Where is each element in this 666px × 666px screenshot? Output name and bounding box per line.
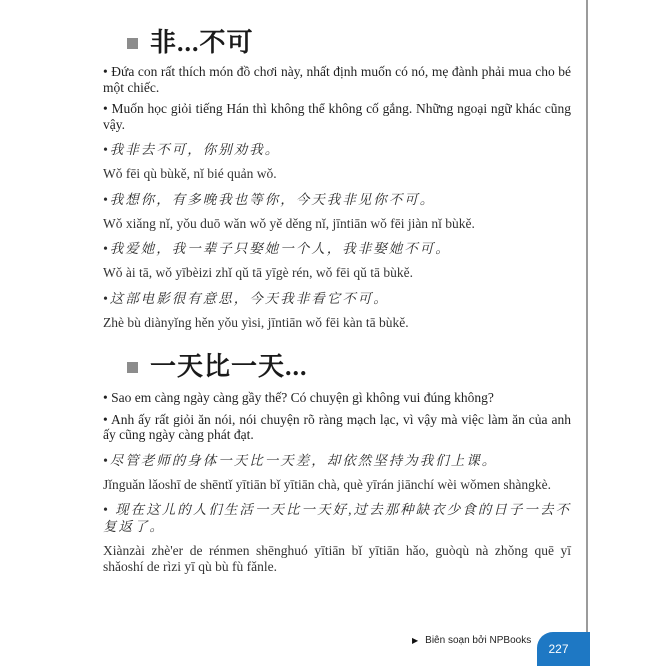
example-sentence-vn: • Sao em càng ngày càng gầy thế? Có chuy… [103, 390, 571, 406]
square-bullet-icon [127, 362, 138, 373]
square-bullet-icon [127, 38, 138, 49]
page-edge-divider [586, 0, 588, 666]
example-pinyin: Wǒ xiǎng nǐ, yǒu duō wǎn wǒ yě děng nǐ, … [103, 216, 571, 232]
example-sentence-vn: • Anh ấy rất giỏi ăn nói, nói chuyện rõ … [103, 412, 571, 443]
example-sentence-zh: •尽管老师的身体一天比一天差，却依然坚持为我们上课。 [103, 452, 571, 469]
page-number-badge: 227 [537, 632, 590, 666]
section-heading: 非...不可 [127, 28, 571, 58]
example-sentence-zh: •这部电影很有意思，今天我非看它不可。 [103, 290, 571, 307]
example-pinyin: Zhè bù diànyǐng hěn yǒu yìsi, jīntiān wǒ… [103, 315, 571, 331]
page-number: 227 [548, 642, 568, 656]
example-sentence-zh: •我爱她，我一辈子只娶她一个人，我非娶她不可。 [103, 240, 571, 257]
section-fei-buke: 非...不可 • Đứa con rất thích món đồ chơi n… [103, 28, 571, 330]
example-pinyin: Jǐnguǎn lǎoshī de shēntǐ yītiān bǐ yītiā… [103, 477, 571, 493]
example-sentence-vn: • Muốn học giỏi tiếng Hán thì không thể … [103, 101, 571, 132]
credit-line: ▶ Biên soạn bởi NPBooks [412, 635, 531, 646]
example-sentence-zh: • 现在这儿的人们生活一天比一天好,过去那种缺衣少食的日子一去不复返了。 [103, 501, 571, 535]
example-pinyin: Xiànzài zhè'er de rénmen shēnghuó yītiān… [103, 543, 571, 574]
triangle-right-icon: ▶ [412, 636, 418, 646]
section-title: 一天比一天... [150, 352, 308, 382]
example-pinyin: Wǒ fēi qù bùkě, nǐ bié quản wǒ. [103, 166, 571, 182]
credit-text: Biên soạn bởi NPBooks [425, 635, 531, 646]
example-sentence-zh: •我想你，有多晚我也等你，今天我非见你不可。 [103, 191, 571, 208]
example-sentence-zh: •我非去不可，你别劝我。 [103, 141, 571, 158]
example-pinyin: Wǒ ài tā, wǒ yībèizi zhǐ qǔ tā yīgè rén,… [103, 265, 571, 281]
example-sentence-vn: • Đứa con rất thích món đồ chơi này, nhấ… [103, 64, 571, 95]
section-title: 非...不可 [150, 28, 254, 58]
section-yitian-bi-yitian: 一天比一天... • Sao em càng ngày càng gầy thế… [103, 352, 571, 574]
section-heading: 一天比一天... [127, 352, 571, 382]
page-content: 非...不可 • Đứa con rất thích món đồ chơi n… [103, 28, 571, 574]
